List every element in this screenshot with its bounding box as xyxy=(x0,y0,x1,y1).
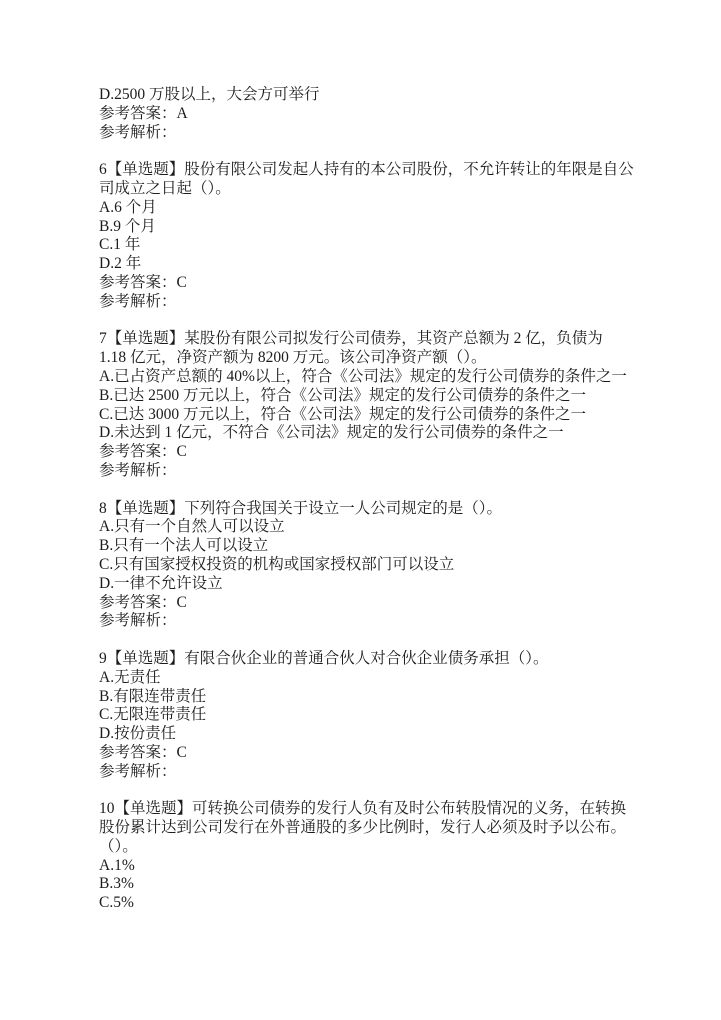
question-7-line-3: B.已达 2500 万元以上，符合《公司法》规定的发行公司债券的条件之一 xyxy=(99,387,639,406)
question-7-line-5: D.未达到 1 亿元，不符合《公司法》规定的发行公司债券的条件之一 xyxy=(99,424,639,443)
question-6-line-0: 6【单选题】股份有限公司发起人持有的本公司股份，不允许转让的年限是自公 xyxy=(99,161,639,180)
question-7-line-2: A.已占资产总额的 40%以上，符合《公司法》规定的发行公司债券的条件之一 xyxy=(99,368,639,387)
question-6-line-6: 参考答案：C xyxy=(99,274,639,293)
question-9-line-5: 参考答案：C xyxy=(99,744,639,763)
question-10-line-0: 10【单选题】可转换公司债券的发行人负有及时公布转股情况的义务，在转换 xyxy=(99,800,639,819)
question-9-line-2: B.有限连带责任 xyxy=(99,688,639,707)
question-8-line-2: B.只有一个法人可以设立 xyxy=(99,537,639,556)
question-block-10: 10【单选题】可转换公司债券的发行人负有及时公布转股情况的义务，在转换股份累计达… xyxy=(99,800,639,913)
question-9-line-0: 9【单选题】有限合伙企业的普通合伙人对合伙企业债务承担（）。 xyxy=(99,650,639,669)
question-block-7: 7【单选题】某股份有限公司拟发行公司债券，其资产总额为 2 亿，负债为1.18 … xyxy=(99,330,639,480)
question-10-line-1: 股份累计达到公司发行在外普通股的多少比例时，发行人必须及时予以公布。 xyxy=(99,819,639,838)
question-5-option-d: D.2500 万股以上，大会方可举行 xyxy=(99,86,639,105)
question-6-line-1: 司成立之日起（）。 xyxy=(99,180,639,199)
question-7-line-1: 1.18 亿元，净资产额为 8200 万元。该公司净资产额（）。 xyxy=(99,349,639,368)
question-7-line-4: C.已达 3000 万元以上，符合《公司法》规定的发行公司债券的条件之一 xyxy=(99,406,639,425)
question-9-line-1: A.无责任 xyxy=(99,669,639,688)
question-7-line-6: 参考答案：C xyxy=(99,443,639,462)
document-content: D.2500 万股以上，大会方可举行参考答案：A参考解析：6【单选题】股份有限公… xyxy=(99,86,639,913)
question-6-line-3: B.9 个月 xyxy=(99,218,639,237)
question-6-line-5: D.2 年 xyxy=(99,255,639,274)
question-5-answer: 参考答案：A xyxy=(99,105,639,124)
question-9-line-3: C.无限连带责任 xyxy=(99,706,639,725)
question-7-line-7: 参考解析： xyxy=(99,462,639,481)
question-9-line-6: 参考解析： xyxy=(99,763,639,782)
question-10-line-3: A.1% xyxy=(99,857,639,876)
question-block-6: 6【单选题】股份有限公司发起人持有的本公司股份，不允许转让的年限是自公司成立之日… xyxy=(99,161,639,311)
question-10-line-5: C.5% xyxy=(99,894,639,913)
blank-line xyxy=(99,142,639,161)
question-7-line-0: 7【单选题】某股份有限公司拟发行公司债券，其资产总额为 2 亿，负债为 xyxy=(99,330,639,349)
question-8-line-5: 参考答案：C xyxy=(99,594,639,613)
blank-line xyxy=(99,781,639,800)
question-8-line-0: 8【单选题】下列符合我国关于设立一人公司规定的是（）。 xyxy=(99,500,639,519)
question-5-analysis: 参考解析： xyxy=(99,124,639,143)
question-8-line-3: C.只有国家授权投资的机构或国家授权部门可以设立 xyxy=(99,556,639,575)
question-9-line-4: D.按份责任 xyxy=(99,725,639,744)
question-8-line-6: 参考解析： xyxy=(99,612,639,631)
question-10-line-4: B.3% xyxy=(99,875,639,894)
question-8-line-1: A.只有一个自然人可以设立 xyxy=(99,518,639,537)
question-6-line-2: A.6 个月 xyxy=(99,199,639,218)
question-block-8: 8【单选题】下列符合我国关于设立一人公司规定的是（）。A.只有一个自然人可以设立… xyxy=(99,500,639,632)
question-6-line-7: 参考解析： xyxy=(99,293,639,312)
question-8-line-4: D.一律不允许设立 xyxy=(99,575,639,594)
blank-line xyxy=(99,631,639,650)
document-page: D.2500 万股以上，大会方可举行参考答案：A参考解析：6【单选题】股份有限公… xyxy=(0,0,721,1020)
question-10-line-2: （）。 xyxy=(99,838,639,857)
question-6-line-4: C.1 年 xyxy=(99,236,639,255)
blank-line xyxy=(99,481,639,500)
question-block-9: 9【单选题】有限合伙企业的普通合伙人对合伙企业债务承担（）。A.无责任B.有限连… xyxy=(99,650,639,782)
blank-line xyxy=(99,312,639,331)
